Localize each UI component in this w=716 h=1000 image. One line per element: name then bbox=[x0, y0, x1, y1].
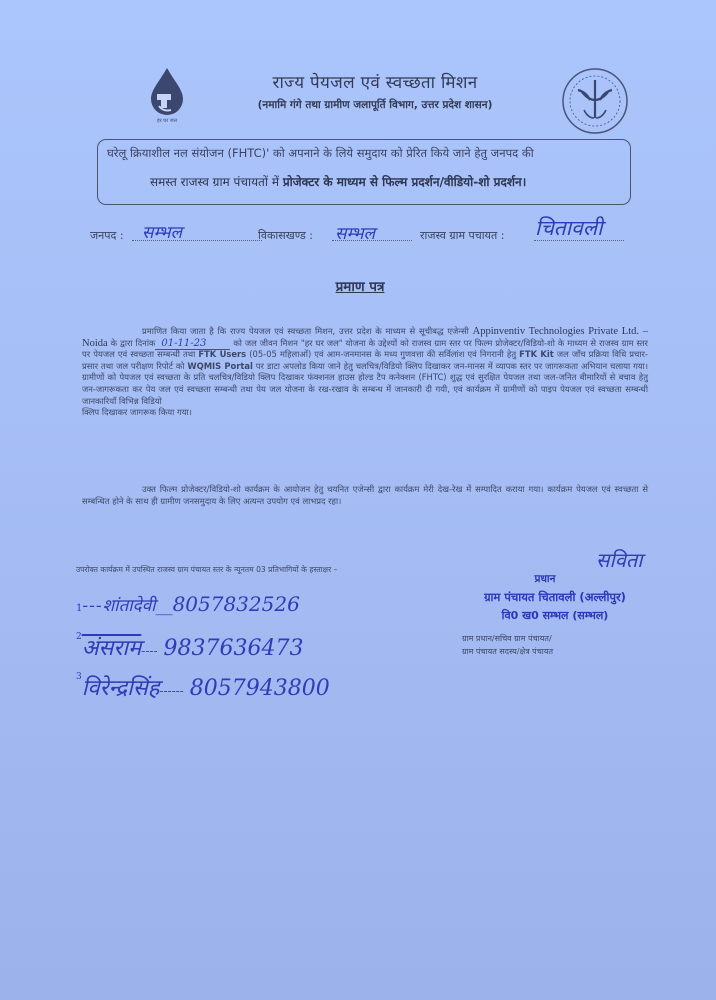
role-line-2: ग्राम पंचायत सदस्य/क्षेत्र पंचायत bbox=[462, 645, 662, 658]
janpad-label: जनपद : bbox=[90, 228, 124, 243]
pradhan-signature: सविता bbox=[596, 546, 642, 573]
participant-name: विरेन्द्रसिंह bbox=[82, 676, 160, 701]
water-drop-tap-logo: हर घर जल bbox=[145, 66, 189, 126]
p1-text-d: (05-05 महिलाओं) एवं आम-जनमानस के मध्य गु… bbox=[246, 349, 519, 359]
participant-phone: 8057943800 bbox=[190, 676, 330, 701]
stamp-line-2: ग्राम पंचायत चितावली (अल्लीपुर) bbox=[455, 590, 655, 605]
up-government-emblem-icon bbox=[560, 66, 630, 136]
location-fields: जनपद : सम्भल विकासखण्ड : सम्भल राजस्व ग्… bbox=[90, 222, 650, 250]
certificate-paragraph-2: उक्त फिल्म प्रोजेक्टर/विडियो-शो कार्यक्र… bbox=[82, 484, 648, 507]
participant-phone: 8057832526 bbox=[173, 592, 300, 616]
participant-row: 2अंसराम----9837636473 bbox=[76, 632, 303, 662]
ftk-users: FTK Users bbox=[198, 349, 246, 359]
role-line-1: ग्राम प्रधान/सचिव ग्राम पंचायत/ bbox=[462, 632, 662, 645]
janpad-value: सम्भल bbox=[142, 220, 182, 243]
participant-name: अंसराम bbox=[82, 636, 142, 661]
gram-panchayat-value: चितावली bbox=[535, 214, 603, 242]
subject-line-2-bold: प्रोजेक्टर के माध्यम से फिल्म प्रदर्शन/व… bbox=[283, 175, 526, 189]
stamp-line-1: प्रधान bbox=[435, 572, 655, 586]
certificate-paragraph-1: प्रमाणित किया जाता है कि राज्य पेयजल एवं… bbox=[82, 326, 648, 419]
participant-row: 1---शांतादेवी__8057832526 bbox=[76, 592, 300, 616]
p2-text: उक्त फिल्म प्रोजेक्टर/विडियो-शो कार्यक्र… bbox=[82, 484, 648, 507]
p1-text-a: प्रमाणित किया जाता है कि राज्य पेयजल एवं… bbox=[142, 326, 473, 336]
pradhan-stamp: प्रधान ग्राम पंचायत चितावली (अल्लीपुर) व… bbox=[455, 572, 655, 623]
gram-panchayat-label: राजस्व ग्राम पचायत : bbox=[420, 228, 504, 243]
participants-note: उपरोक्त कार्यक्रम में उपस्थित राजस्व ग्र… bbox=[76, 565, 406, 575]
mission-title: राज्य पेयजल एवं स्वच्छता मिशन bbox=[200, 70, 550, 93]
p1-text-b: के द्वारा दिनांक bbox=[108, 338, 156, 348]
participant-name: शांतादेवी bbox=[103, 596, 156, 616]
svg-text:हर घर जल: हर घर जल bbox=[157, 118, 178, 124]
mission-subtitle: (नमामि गंगे तथा ग्रामीण जलापूर्ति विभाग,… bbox=[200, 98, 550, 112]
signatory-roles: ग्राम प्रधान/सचिव ग्राम पंचायत/ ग्राम पं… bbox=[462, 632, 662, 658]
subject-line-2: समस्त राजस्व ग्राम पंचायतों में प्रोजेक्… bbox=[150, 173, 630, 190]
subject-line-2-prefix: समस्त राजस्व ग्राम पंचायतों में bbox=[150, 175, 283, 189]
vikaskhand-label: विकासखण्ड : bbox=[258, 228, 313, 243]
wqmis-portal: WQMIS Portal bbox=[187, 361, 253, 371]
stamp-line-3: वि0 ख0 सम्भल (सम्भल) bbox=[455, 608, 655, 623]
participant-row: 3विरेन्द्रसिंह------8057943800 bbox=[76, 672, 330, 702]
vikaskhand-value: सम्भल bbox=[335, 221, 375, 244]
document-title: प्रमाण पत्र bbox=[300, 277, 420, 295]
p1-text-g: क्लिप दिखाकर जागरूक किया गया। bbox=[82, 407, 648, 419]
program-date: 01-11-23 bbox=[155, 338, 230, 350]
participant-phone: 9837636473 bbox=[164, 636, 304, 661]
subject-line-1: घरेलू क्रियाशील नल संयोजन (FHTC)' को अपन… bbox=[107, 146, 627, 161]
ftk-kit: FTK Kit bbox=[519, 349, 554, 359]
